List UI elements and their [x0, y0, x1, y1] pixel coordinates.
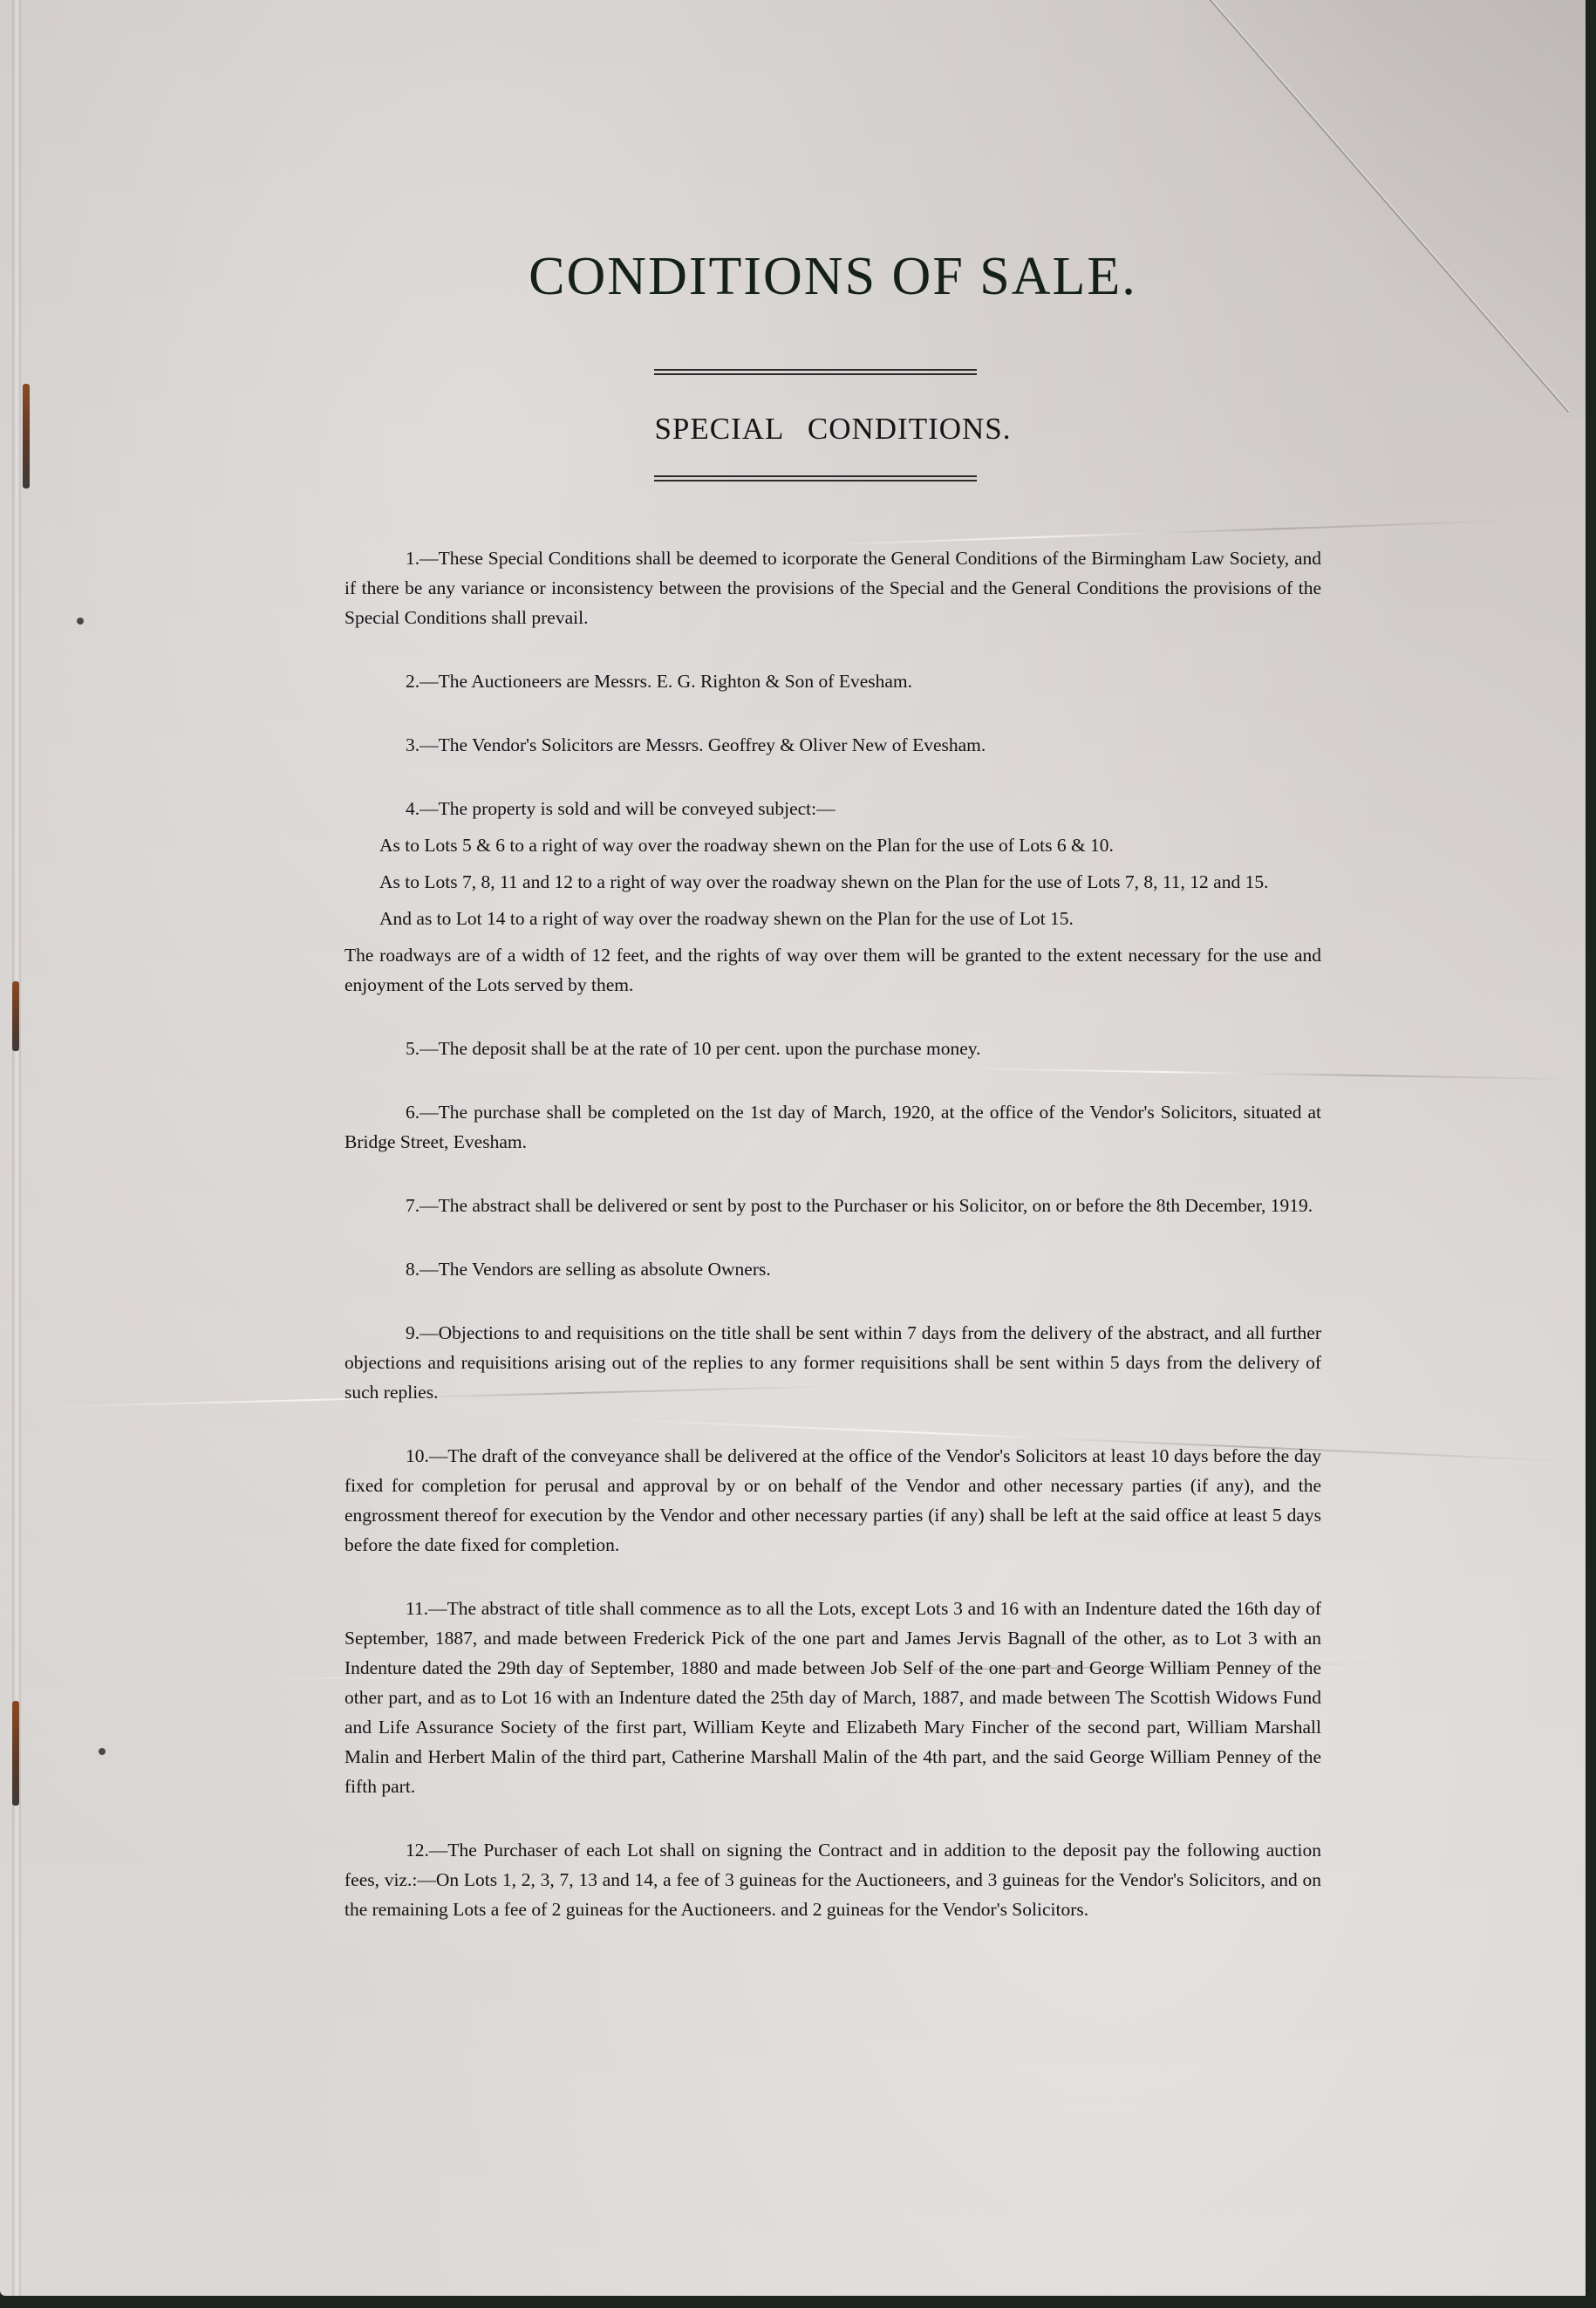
staple-icon: [12, 1701, 19, 1806]
condition-8: 8.—The Vendors are selling as absolute O…: [344, 1254, 1321, 1284]
condition-9: 9.—Objections to and requisitions on the…: [344, 1318, 1321, 1407]
document-page: CONDITIONS OF SALE. SPECIAL CONDITIONS. …: [0, 0, 1586, 2296]
condition-4-item-2: As to Lots 7, 8, 11 and 12 to a right of…: [344, 867, 1321, 897]
section-heading: SPECIAL CONDITIONS.: [344, 412, 1321, 447]
condition-4: 4.—The property is sold and will be conv…: [344, 794, 1321, 823]
staple-icon: [12, 981, 19, 1051]
condition-6: 6.—The purchase shall be completed on th…: [344, 1097, 1321, 1157]
staple-icon: [23, 384, 30, 488]
double-rule-divider: [654, 475, 977, 481]
condition-4-item-1: As to Lots 5 & 6 to a right of way over …: [344, 830, 1321, 860]
document-title: CONDITIONS OF SALE.: [344, 246, 1321, 308]
condition-11: 11.—The abstract of title shall commence…: [344, 1594, 1321, 1801]
paper-crease: [811, 520, 1509, 546]
condition-3: 3.—The Vendor's Solicitors are Messrs. G…: [344, 730, 1321, 760]
conditions-list: 1.—These Special Conditions shall be dee…: [344, 543, 1321, 1924]
double-rule-divider: [654, 369, 977, 375]
condition-10: 10.—The draft of the conveyance shall be…: [344, 1441, 1321, 1560]
condition-4-item-3: And as to Lot 14 to a right of way over …: [344, 904, 1321, 933]
binding-spine: [12, 0, 21, 2296]
condition-7: 7.—The abstract shall be delivered or se…: [344, 1191, 1321, 1220]
condition-2: 2.—The Auctioneers are Messrs. E. G. Rig…: [344, 666, 1321, 696]
condition-5: 5.—The deposit shall be at the rate of 1…: [344, 1034, 1321, 1063]
punch-hole: [77, 618, 84, 625]
condition-1: 1.—These Special Conditions shall be dee…: [344, 543, 1321, 632]
condition-4-note: The roadways are of a width of 12 feet, …: [344, 940, 1321, 1000]
condition-12: 12.—The Purchaser of each Lot shall on s…: [344, 1835, 1321, 1924]
folded-corner-shade: [1184, 0, 1586, 419]
punch-hole: [99, 1748, 106, 1755]
